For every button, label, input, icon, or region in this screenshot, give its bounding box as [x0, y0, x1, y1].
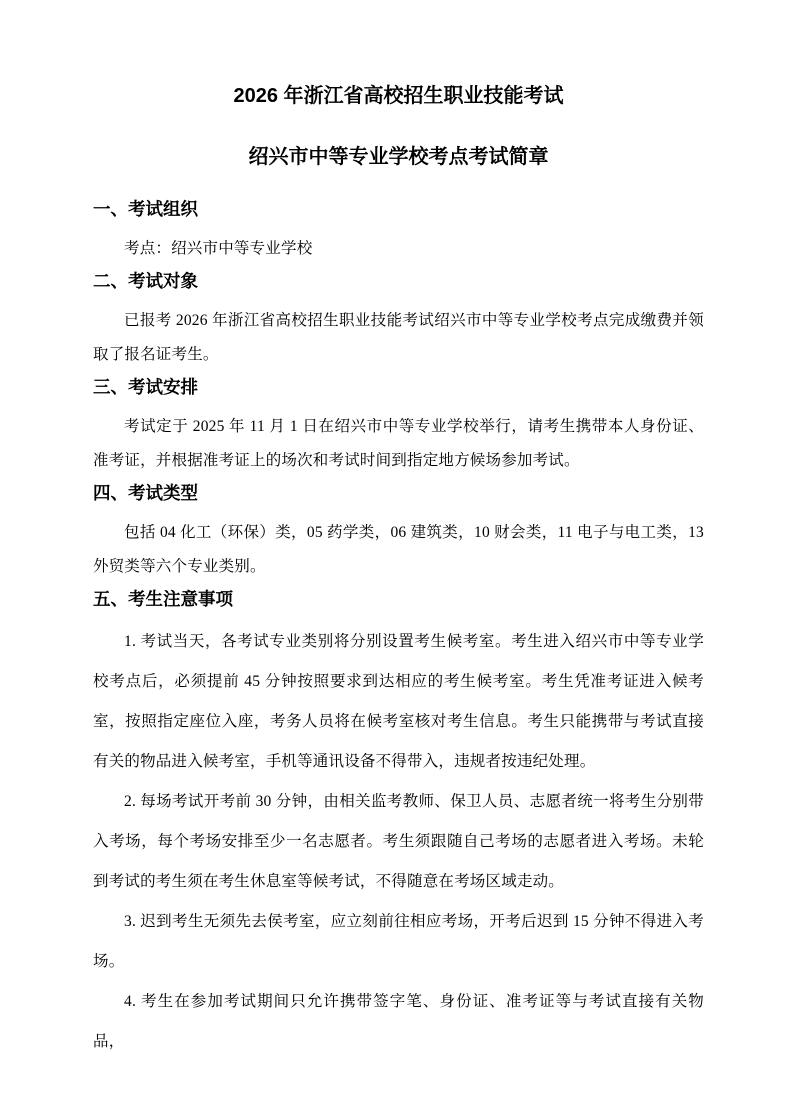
document-page: 2026 年浙江省高校招生职业技能考试 绍兴市中等专业学校考点考试简章 一、考试…: [0, 0, 794, 1108]
section-exam-schedule: 三、考试安排 考试定于 2025 年 11 月 1 日在绍兴市中等专业学校举行，…: [93, 376, 704, 478]
paragraph-exam-categories: 包括 04 化工（环保）类，05 药学类，06 建筑类，10 财会类，11 电子…: [93, 516, 704, 584]
section-exam-categories: 四、考试类型 包括 04 化工（环保）类，05 药学类，06 建筑类，10 财会…: [93, 482, 704, 584]
note-item-2: 2. 每场考试开考前 30 分钟，由相关监考教师、保卫人员、志愿者统一将考生分别…: [93, 782, 704, 902]
paragraph-exam-candidates: 已报考 2026 年浙江省高校招生职业技能考试绍兴市中等专业学校考点完成缴费并领…: [93, 304, 704, 372]
section-exam-candidates: 二、考试对象 已报考 2026 年浙江省高校招生职业技能考试绍兴市中等专业学校考…: [93, 270, 704, 372]
note-item-3: 3. 迟到考生无须先去侯考室，应立刻前往相应考场，开考后迟到 15 分钟不得进入…: [93, 902, 704, 982]
note-item-4: 4. 考生在参加考试期间只允许携带签字笔、身份证、准考证等与考试直接有关物品，: [93, 982, 704, 1062]
heading-exam-candidates: 二、考试对象: [93, 270, 704, 292]
section-candidate-notes: 五、考生注意事项 1. 考试当天，各考试专业类别将分别设置考生候考室。考生进入绍…: [93, 588, 704, 1062]
heading-exam-categories: 四、考试类型: [93, 482, 704, 504]
note-item-1: 1. 考试当天，各考试专业类别将分别设置考生候考室。考生进入绍兴市中等专业学校考…: [93, 622, 704, 782]
heading-candidate-notes: 五、考生注意事项: [93, 588, 704, 610]
heading-exam-schedule: 三、考试安排: [93, 376, 704, 398]
section-exam-organization: 一、考试组织 考点：绍兴市中等专业学校: [93, 198, 704, 266]
doc-title-line-1: 2026 年浙江省高校招生职业技能考试: [93, 84, 704, 108]
paragraph-exam-site: 考点：绍兴市中等专业学校: [93, 232, 704, 266]
heading-exam-organization: 一、考试组织: [93, 198, 704, 220]
doc-title-line-2: 绍兴市中等专业学校考点考试简章: [93, 145, 704, 169]
paragraph-exam-schedule: 考试定于 2025 年 11 月 1 日在绍兴市中等专业学校举行，请考生携带本人…: [93, 410, 704, 478]
